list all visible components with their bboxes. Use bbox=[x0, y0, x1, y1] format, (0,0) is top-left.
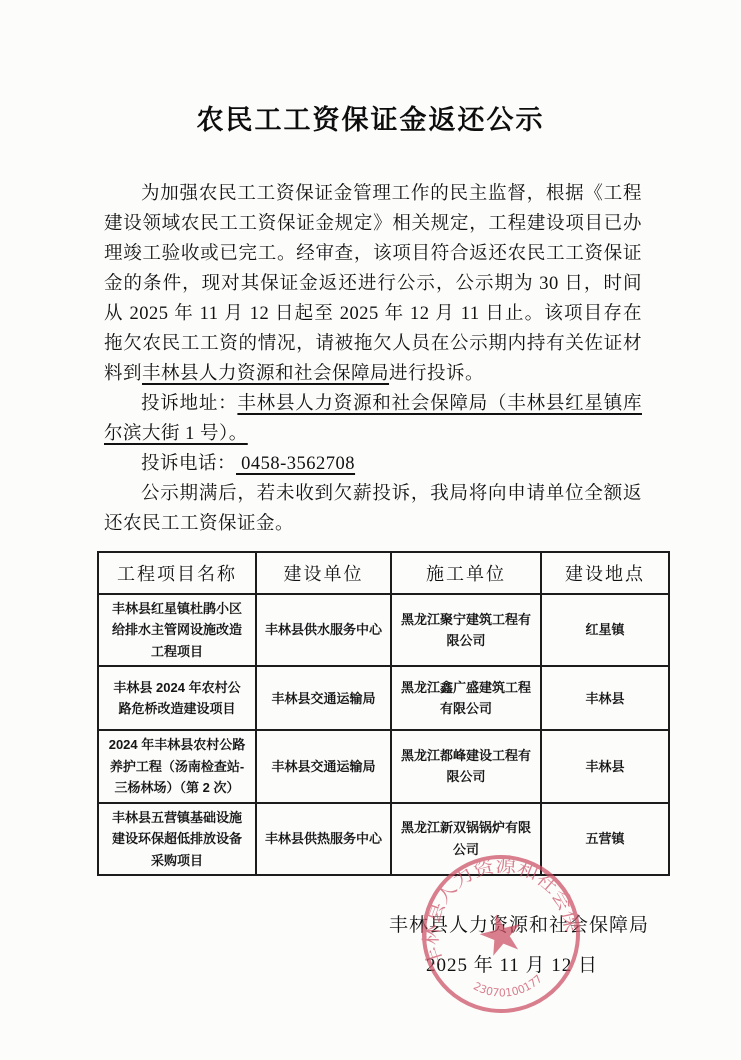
table-cell: 2024 年丰林县农村公路养护工程（汤南检查站-三杨林场）（第 2 次） bbox=[98, 730, 256, 802]
paragraph-intro: 为加强农民工工资保证金管理工作的民主监督，根据《工程建设领域农民工工资保证金规定… bbox=[104, 179, 642, 389]
document-body: 为加强农民工工资保证金管理工作的民主监督，根据《工程建设领域农民工工资保证金规定… bbox=[104, 179, 642, 539]
complaint-phone-line: 投诉电话： 0458-3562708 bbox=[104, 449, 642, 479]
table-row: 2024 年丰林县农村公路养护工程（汤南检查站-三杨林场）（第 2 次） 丰林县… bbox=[98, 730, 669, 802]
paragraph-intro-tail: 进行投诉。 bbox=[389, 364, 484, 384]
header-construction-unit: 建设单位 bbox=[256, 552, 391, 594]
paragraph-intro-text: 为加强农民工工资保证金管理工作的民主监督，根据《工程建设领域农民工工资保证金规定… bbox=[104, 184, 642, 384]
table-row: 丰林县 2024 年农村公路危桥改造建设项目 丰林县交通运输局 黑龙江鑫广盛建筑… bbox=[98, 666, 669, 730]
table-cell: 黑龙江聚宁建筑工程有限公司 bbox=[391, 594, 541, 666]
table-cell: 丰林县 2024 年农村公路危桥改造建设项目 bbox=[98, 666, 256, 730]
table-cell: 丰林县五营镇基础设施建设环保超低排放设备采购项目 bbox=[98, 803, 256, 875]
paragraph-closing: 公示期满后，若未收到欠薪投诉，我局将向申请单位全额返还农民工工资保证金。 bbox=[104, 479, 642, 539]
table-cell: 丰林县交通运输局 bbox=[256, 666, 391, 730]
signature-block: 丰林县人力资源和社会保障局 2025 年 11 月 12 日 bbox=[0, 910, 741, 977]
complaint-phone-label: 投诉电话： bbox=[141, 454, 236, 474]
table-header-row: 工程项目名称 建设单位 施工单位 建设地点 bbox=[98, 552, 669, 594]
table-cell: 黑龙江鑫广盛建筑工程有限公司 bbox=[391, 666, 541, 730]
document-page: 农民工工资保证金返还公示 为加强农民工工资保证金管理工作的民主监督，根据《工程建… bbox=[0, 0, 741, 1060]
header-contractor-unit: 施工单位 bbox=[391, 552, 541, 594]
table-cell: 丰林县交通运输局 bbox=[256, 730, 391, 802]
table-row: 丰林县五营镇基础设施建设环保超低排放设备采购项目 丰林县供热服务中心 黑龙江新双… bbox=[98, 803, 669, 875]
table-cell: 黑龙江新双锅锅炉有限公司 bbox=[391, 803, 541, 875]
table-cell: 丰林县红星镇杜鹃小区给排水主管网设施改造工程项目 bbox=[98, 594, 256, 666]
paragraph-intro-underlined-org: 丰林县人力资源和社会保障局 bbox=[142, 364, 389, 384]
table-cell: 丰林县 bbox=[541, 666, 669, 730]
complaint-phone-value: 0458-3562708 bbox=[236, 454, 355, 474]
table-cell: 丰林县 bbox=[541, 730, 669, 802]
page-title: 农民工工资保证金返还公示 bbox=[0, 98, 741, 137]
table-cell: 红星镇 bbox=[541, 594, 669, 666]
header-location: 建设地点 bbox=[541, 552, 669, 594]
table-cell: 丰林县供热服务中心 bbox=[256, 803, 391, 875]
table-cell: 五营镇 bbox=[541, 803, 669, 875]
complaint-address-label: 投诉地址： bbox=[141, 394, 237, 414]
projects-table: 工程项目名称 建设单位 施工单位 建设地点 丰林县红星镇杜鹃小区给排水主管网设施… bbox=[97, 551, 670, 876]
table-cell: 丰林县供水服务中心 bbox=[256, 594, 391, 666]
signature-org: 丰林县人力资源和社会保障局 bbox=[0, 910, 741, 937]
signature-date: 2025 年 11 月 12 日 bbox=[0, 950, 741, 977]
complaint-address-line: 投诉地址：丰林县人力资源和社会保障局（丰林县红星镇库尔滨大街 1 号）。 bbox=[104, 389, 642, 449]
table-row: 丰林县红星镇杜鹃小区给排水主管网设施改造工程项目 丰林县供水服务中心 黑龙江聚宁… bbox=[98, 594, 669, 666]
header-project-name: 工程项目名称 bbox=[98, 552, 256, 594]
table-cell: 黑龙江都峰建设工程有限公司 bbox=[391, 730, 541, 802]
